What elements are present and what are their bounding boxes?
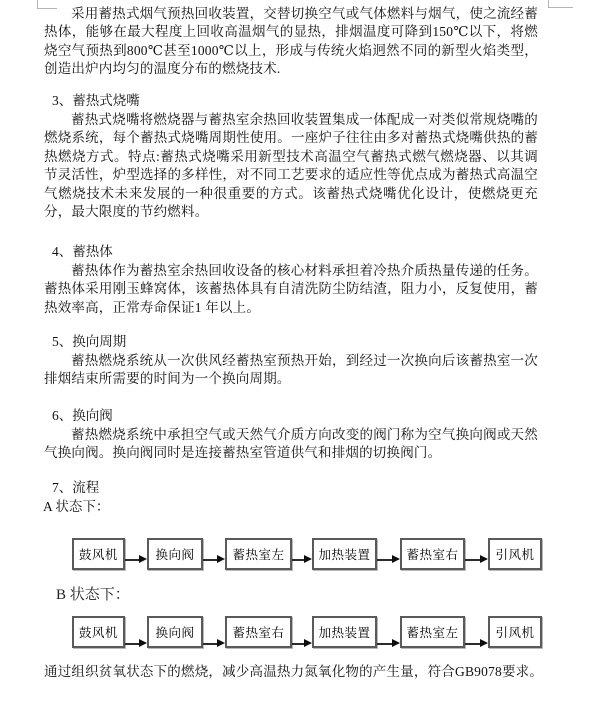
flow-box-induced-fan-a[interactable]: 引风机 <box>488 538 542 570</box>
flow-arrow-icon <box>465 639 488 648</box>
flow-box-blower-a[interactable]: 鼓风机 <box>72 538 125 570</box>
flow-arrow-icon <box>377 639 400 648</box>
flow-box-heater-b[interactable]: 加热装置 <box>312 616 377 648</box>
document-page: 采用蓄热式烟气预热回收装置，交替切换空气或气体燃料与烟气，使之流经蓄热体，能够在… <box>0 0 598 716</box>
section-5-heading: 5、换向周期 <box>52 333 126 351</box>
flow-arrow-icon <box>203 555 225 564</box>
flow-box-regenerator-right-a[interactable]: 蓄热室右 <box>400 538 465 570</box>
section-6-heading: 6、换向阀 <box>52 407 113 425</box>
intro-paragraph: 采用蓄热式烟气预热回收装置，交替切换空气或气体燃料与烟气，使之流经蓄热体，能够在… <box>44 5 538 79</box>
flow-box-reversing-valve-a[interactable]: 换向阀 <box>147 538 203 570</box>
flow-arrow-icon <box>377 555 400 564</box>
section-5-body: 蓄热燃烧系统从一次供风经蓄热室预热开始，到经过一次换向后该蓄热室一次排烟结束所需… <box>44 352 538 389</box>
flow-arrow-icon <box>465 555 488 564</box>
flow-arrow-icon <box>203 639 225 648</box>
flow-box-blower-b[interactable]: 鼓风机 <box>72 616 125 648</box>
flow-box-reversing-valve-b[interactable]: 换向阀 <box>147 616 203 648</box>
section-7-heading: 7、流程 <box>52 479 99 497</box>
section-4-body: 蓄热体作为蓄热室余热回收设备的核心材料承担着冷热介质热量传递的任务。蓄热体采用刚… <box>44 262 538 317</box>
section-4-heading: 4、蓄热体 <box>52 243 113 261</box>
flow-box-regenerator-right-b[interactable]: 蓄热室右 <box>225 616 292 648</box>
section-3-body: 蓄热式烧嘴将燃烧器与蓄热室余热回收装置集成一体配成一对类似常规烧嘴的燃烧系统，每… <box>44 111 538 221</box>
flow-arrow-icon <box>125 639 147 648</box>
closing-paragraph: 通过组织贫氧状态下的燃烧，减少高温热力氮氧化物的产生量，符合GB9078要求。 <box>44 663 543 681</box>
flow-box-regenerator-left-a[interactable]: 蓄热室左 <box>225 538 292 570</box>
flow-box-regenerator-left-b[interactable]: 蓄热室左 <box>400 616 465 648</box>
flow-arrow-icon <box>125 555 147 564</box>
flowchart-state-b-label: B 状态下： <box>56 586 130 604</box>
flow-arrow-icon <box>292 639 312 648</box>
flowchart-state-a-label: A 状态下： <box>43 498 109 516</box>
section-3-heading: 3、蓄热式烧嘴 <box>52 92 140 110</box>
flow-box-heater-a[interactable]: 加热装置 <box>312 538 377 570</box>
flow-arrow-icon <box>292 555 312 564</box>
section-6-body: 蓄热燃烧系统中承担空气或天然气介质方向改变的阀门称为空气换向阀或天然气换向阀。换… <box>44 426 538 463</box>
flow-box-induced-fan-b[interactable]: 引风机 <box>488 616 542 648</box>
